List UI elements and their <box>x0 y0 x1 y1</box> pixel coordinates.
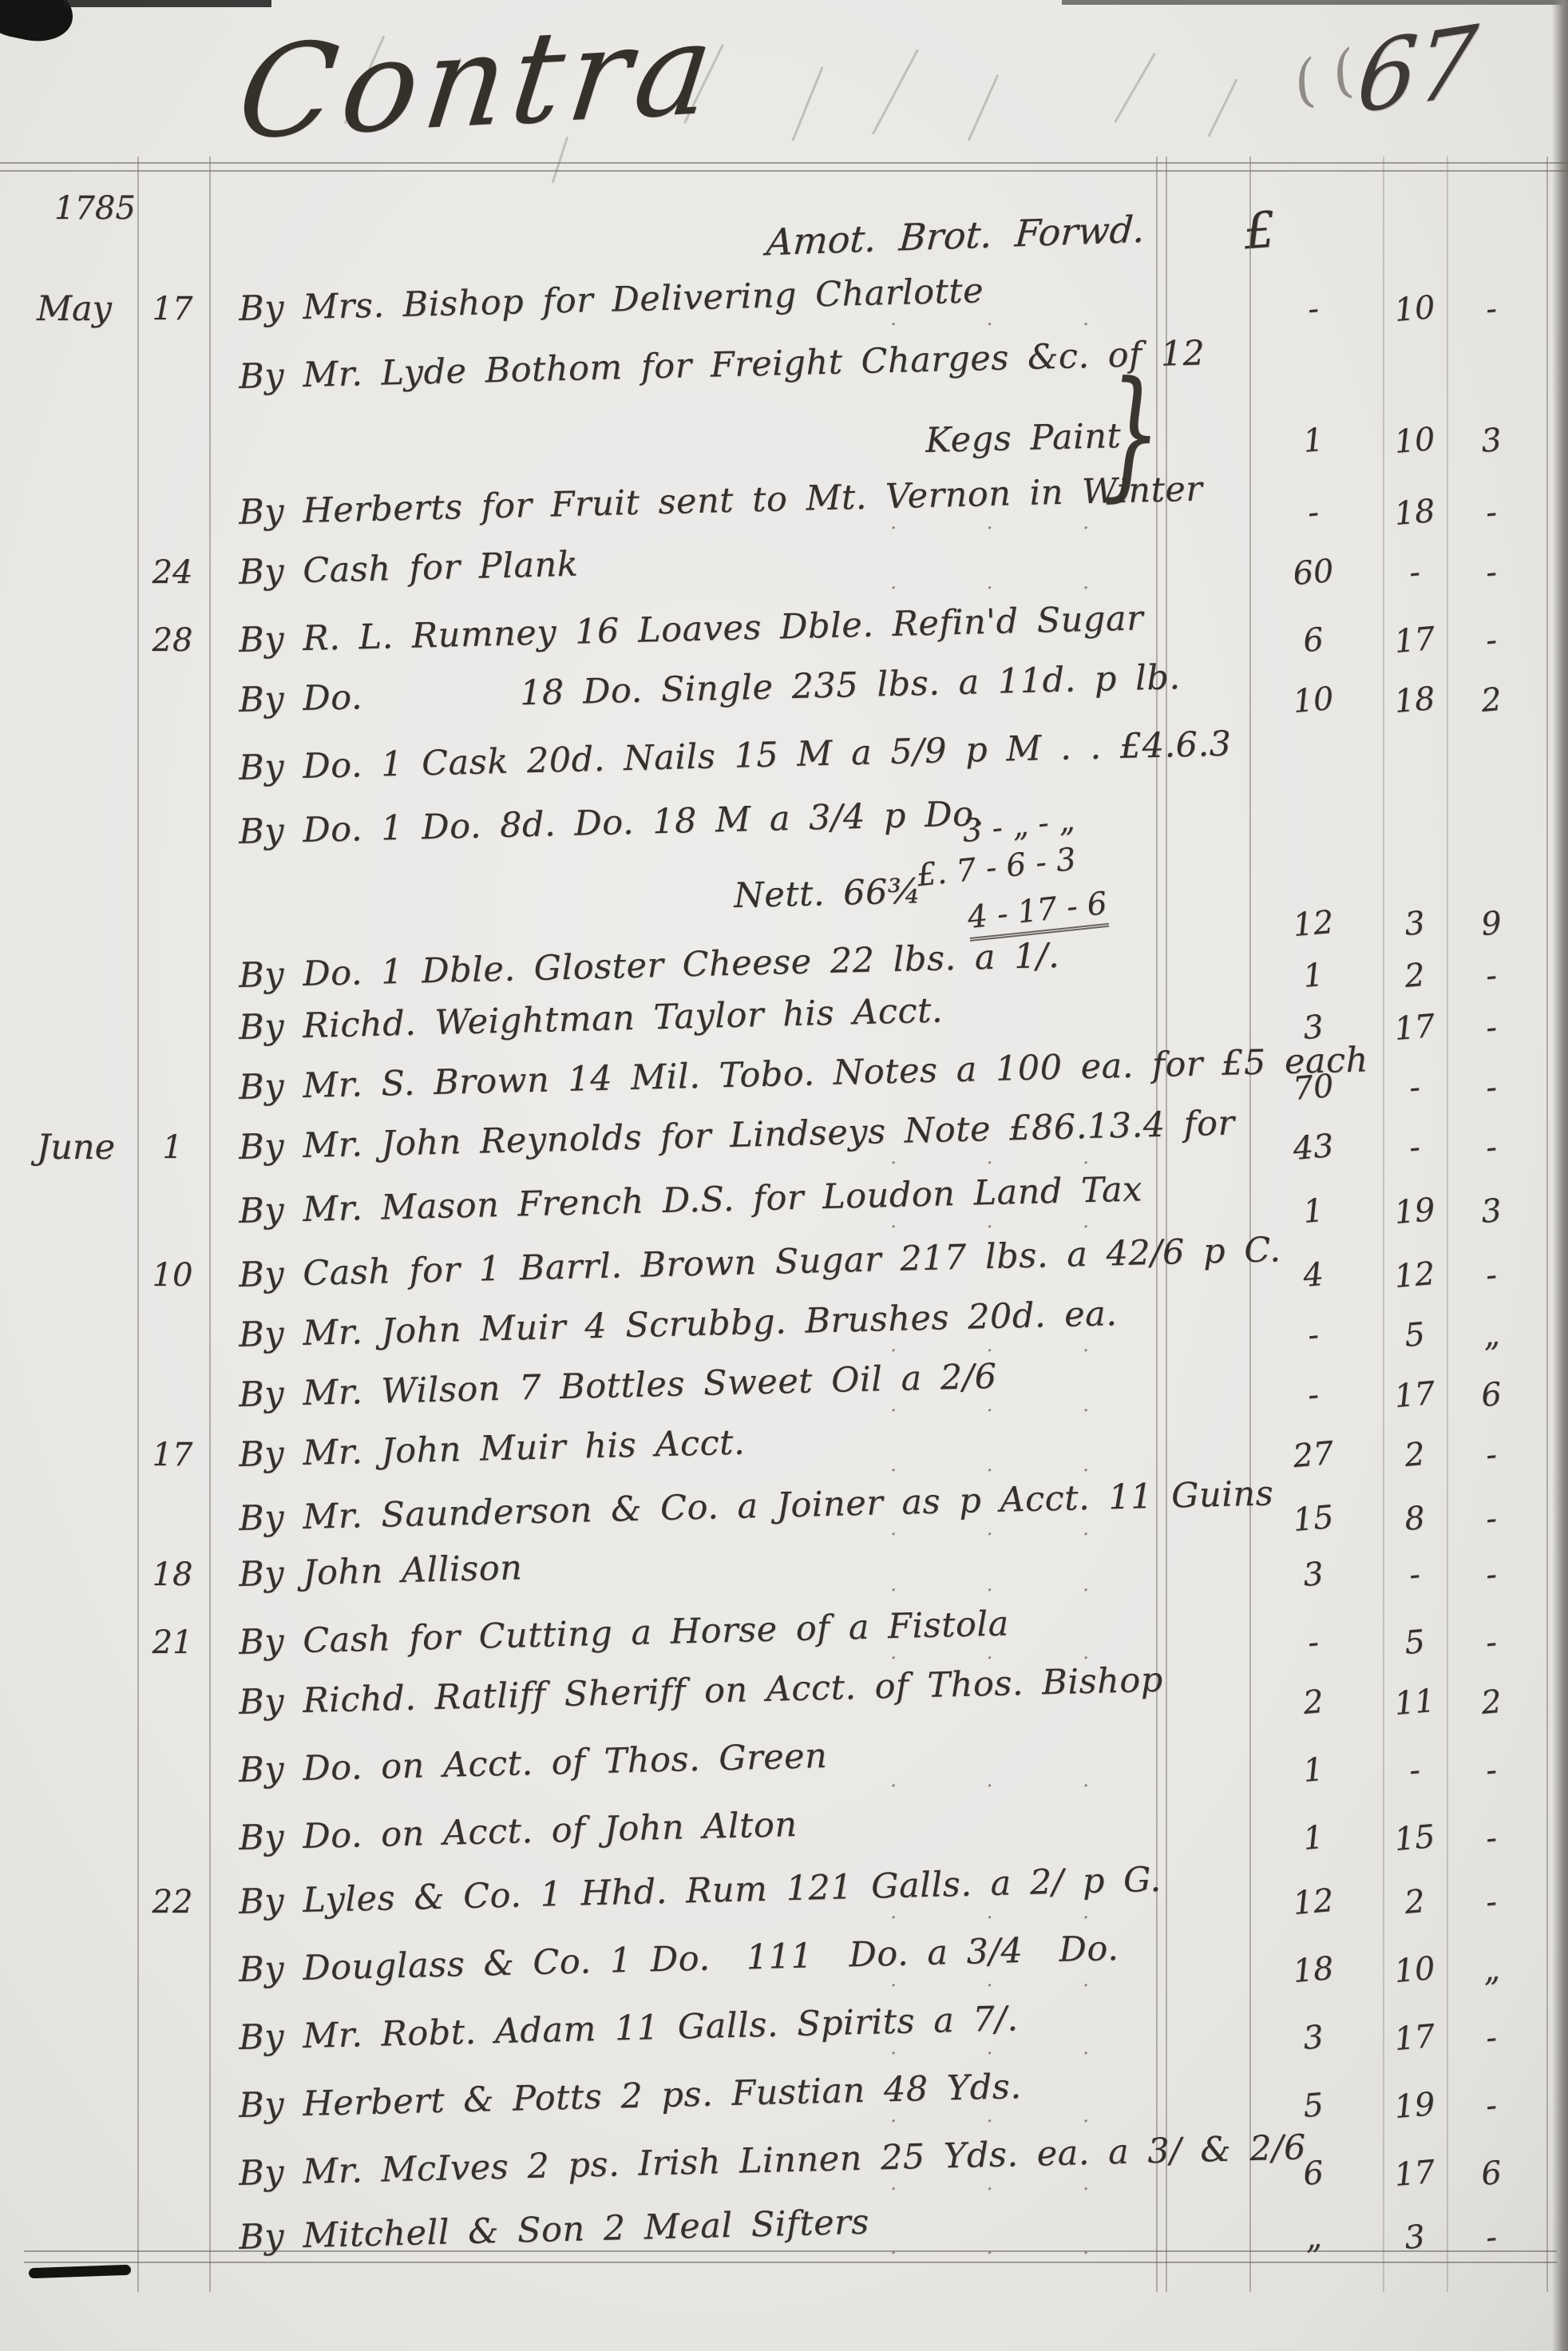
amount-shillings <box>1386 349 1443 354</box>
amount-shillings: 5 <box>1384 1307 1445 1363</box>
amount-pence: - <box>1447 612 1534 670</box>
amount-shillings: 12 <box>1384 1247 1445 1303</box>
amount-shillings: 17 <box>1384 1000 1445 1056</box>
amount-pounds: - <box>1253 279 1373 339</box>
amount-pounds: 1 <box>1253 410 1373 471</box>
brought-forward-label: Amot. Brot. Forwd. <box>765 208 1146 264</box>
amount-shillings <box>1386 740 1443 745</box>
ledger-row: 17 By Mr. John Muir his Acct. · · · 27 2… <box>0 1429 1568 1485</box>
amount-shillings: 17 <box>1384 2010 1445 2066</box>
amount-pence: 6 <box>1447 1366 1534 1425</box>
amount-pounds: - <box>1253 482 1373 543</box>
amount-pounds: 70 <box>1253 1057 1373 1118</box>
amount-shillings: - <box>1384 1742 1445 1798</box>
ledger-row: By Mr. Saunderson & Co. a Joiner as p Ac… <box>0 1493 1568 1549</box>
amount-pounds: 3 <box>1253 2008 1373 2068</box>
folio-number: 67 <box>1353 3 1482 135</box>
ledger-row: By Do. 18 Do. Single 235 lbs. a 11d. p l… <box>0 675 1568 731</box>
ledger-row: 22 By Lyles & Co. 1 Hhd. Rum 121 Galls. … <box>0 1877 1568 1933</box>
amount-pence: 2 <box>1447 1674 1534 1732</box>
entry-description: By Mr. John Muir his Acct. <box>238 1417 745 1481</box>
scan-edge-strip-right <box>1062 0 1568 5</box>
amount-pence: - <box>1447 1546 1534 1604</box>
amount-pence: 3 <box>1447 1183 1534 1241</box>
amount-pounds: 6 <box>1253 2143 1373 2204</box>
amount-shillings: 2 <box>1384 1874 1445 1930</box>
amount-shillings: 3 <box>1384 2210 1445 2266</box>
amount-pence: - <box>1447 484 1534 542</box>
ledger-page-scan: Contra ( ( 67 1785 Amot. Brot. Forwd. £ … <box>0 0 1568 2351</box>
entry-day: 21 <box>137 1617 208 1668</box>
entry-day: 17 <box>137 1429 208 1481</box>
pencil-hatch <box>791 66 823 141</box>
ledger-row: By Mr. McIves 2 ps. Irish Linnen 25 Yds.… <box>0 2148 1568 2204</box>
amount-shillings: 18 <box>1384 485 1445 541</box>
ink-blot-top-left <box>0 0 78 49</box>
amount-pounds: 18 <box>1253 1940 1373 2000</box>
entry-description: Kegs Paint <box>925 410 1122 466</box>
amount-shillings: 18 <box>1384 672 1445 728</box>
amount-pounds: 4 <box>1253 1245 1373 1306</box>
amount-pounds: 1 <box>1253 946 1373 1006</box>
pencil-hatch <box>1114 53 1156 123</box>
entry-day: 17 <box>137 283 208 335</box>
amount-shillings: 8 <box>1384 1491 1445 1547</box>
amount-shillings <box>1386 868 1443 873</box>
amount-pence: 2 <box>1447 672 1534 730</box>
entry-description: By Mrs. Bishop for Delivering Charlotte <box>238 265 984 335</box>
ledger-row: May 17 By Mrs. Bishop for Delivering Cha… <box>0 283 1568 339</box>
amount-shillings: - <box>1384 1060 1445 1116</box>
entry-description: By Do. on Acct. of John Alton <box>238 1799 798 1864</box>
year-label: 1785 <box>54 190 136 227</box>
amount-pence: - <box>1447 1119 1534 1177</box>
ledger-row: By Mitchell & Son 2 Meal Sifters · · · „… <box>0 2212 1568 2268</box>
amount-pence: - <box>1447 1614 1534 1672</box>
amount-shillings: 2 <box>1384 948 1445 1004</box>
entry-description: By Mitchell & Son 2 Meal Sifters <box>238 2197 869 2263</box>
ledger-row: By Do. 1 Cask 20d. Nails 15 M a 5/9 p M … <box>0 743 1568 799</box>
amount-pounds: „ <box>1253 2207 1373 2268</box>
amount-pounds: 1 <box>1253 1808 1373 1869</box>
amount-shillings: 17 <box>1384 613 1445 668</box>
pencil-hatch <box>872 49 919 134</box>
amount-pounds: 10 <box>1253 670 1373 731</box>
amount-shillings: 17 <box>1384 2146 1445 2202</box>
header-rule-bottom <box>0 170 1568 172</box>
leader-dots: · · · <box>890 1761 1154 1812</box>
entry-description: By Cash for Plank <box>238 539 579 598</box>
folio-flourish: ( ( <box>1286 38 1361 116</box>
amount-pounds: 6 <box>1253 610 1373 671</box>
leader-dots: · · · <box>890 2164 1154 2215</box>
ledger-row: By Do. on Acct. of John Alton 1 15 - <box>0 1813 1568 1869</box>
amount-pence <box>1450 347 1533 355</box>
amount-pounds: 43 <box>1253 1117 1373 1178</box>
amount-pounds: - <box>1253 1365 1373 1425</box>
amount-pence: - <box>1447 1742 1534 1800</box>
pencil-hatch <box>968 74 999 141</box>
amount-pounds <box>1255 738 1371 748</box>
entry-month: May <box>37 283 133 335</box>
amount-pence: - <box>1447 2077 1534 2135</box>
ledger-row: 24 By Cash for Plank · · · 60 - - <box>0 547 1568 603</box>
amount-pounds: 60 <box>1253 542 1373 603</box>
entry-day: 24 <box>137 547 208 598</box>
amount-pounds: 1 <box>1253 1740 1373 1801</box>
scan-edge-strip <box>64 0 271 7</box>
amount-shillings: 10 <box>1384 413 1445 469</box>
amount-shillings: - <box>1384 1547 1445 1603</box>
amount-pence: - <box>1447 2009 1534 2068</box>
pencil-hatch <box>1208 78 1238 137</box>
amount-pounds: 2 <box>1253 1672 1373 1733</box>
amount-pence: „ <box>1447 1306 1534 1365</box>
amount-pounds <box>1255 866 1371 876</box>
ledger-row: By Douglass & Co. 1 Do. 111 Do. a 3/4 Do… <box>0 1945 1568 2000</box>
amount-pence: - <box>1447 999 1534 1057</box>
entry-description: By John Allison <box>238 1542 523 1600</box>
ledger-row: By Richd. Ratliff Sheriff on Acct. of Th… <box>0 1677 1568 1733</box>
amount-pence <box>1450 739 1533 746</box>
amount-pence: 3 <box>1447 412 1534 470</box>
amount-shillings: - <box>1384 545 1445 601</box>
amount-shillings: 5 <box>1384 1615 1445 1671</box>
amount-pence: - <box>1447 280 1534 339</box>
pound-column-header: £ <box>1242 200 1277 261</box>
entry-day: 22 <box>137 1877 208 1928</box>
ledger-row: By Do. 1 Do. 8d. Do. 18 M a 3/4 p Do. <box>0 807 1568 862</box>
entry-day: 1 <box>137 1122 208 1173</box>
ledger-row: By Herberts for Fruit sent to Mt. Vernon… <box>0 487 1568 543</box>
amount-shillings: 17 <box>1384 1367 1445 1423</box>
amount-pence: - <box>1447 1059 1534 1117</box>
amount-pence: - <box>1447 1490 1534 1548</box>
amount-shillings: 10 <box>1384 281 1445 337</box>
amount-pounds <box>1255 347 1371 357</box>
amount-shillings: 15 <box>1384 1810 1445 1866</box>
amount-pounds: 3 <box>1253 1544 1373 1605</box>
ledger-row: Kegs Paint 1 10 3 <box>0 415 1568 471</box>
amount-pounds <box>1255 802 1371 812</box>
amount-shillings: 11 <box>1384 1675 1445 1731</box>
entry-description: By R. L. Rumney 16 Loaves Dble. Refin'd … <box>238 593 1143 666</box>
ledger-row: 18 By John Allison · · · 3 - - <box>0 1549 1568 1605</box>
amount-pence: - <box>1447 2209 1534 2267</box>
amount-pence: „ <box>1447 1941 1534 2000</box>
entry-day: 28 <box>137 615 208 666</box>
entry-description: By Do. 1 Do. 8d. Do. 18 M a 3/4 p Do. <box>238 788 984 858</box>
ledger-row: By Mr. Lyde Bothom for Freight Charges &… <box>0 351 1568 407</box>
amount-pounds: 15 <box>1253 1489 1373 1549</box>
amount-pence: - <box>1447 544 1534 602</box>
ledger-row: June 1 By Mr. John Reynolds for Lindseys… <box>0 1122 1568 1178</box>
amount-shillings: 19 <box>1384 1183 1445 1239</box>
amount-shillings: 10 <box>1384 1942 1445 1998</box>
ledger-row: By Mr. Robt. Adam 11 Galls. Spirits a 7/… <box>0 2012 1568 2068</box>
entry-month: June <box>37 1122 133 1173</box>
entry-day: 10 <box>137 1250 208 1301</box>
entry-day: 18 <box>137 1549 208 1600</box>
amount-pence: - <box>1447 1426 1534 1485</box>
amount-pounds: - <box>1253 1305 1373 1366</box>
amount-pence: - <box>1447 1810 1534 1868</box>
amount-pence: 6 <box>1447 2145 1534 2203</box>
amount-pence: - <box>1447 1873 1534 1932</box>
amount-pounds: 12 <box>1253 1872 1373 1933</box>
amount-shillings: 19 <box>1384 2078 1445 2134</box>
ledger-row: By Mr. Mason French D.S. for Loudon Land… <box>0 1186 1568 1242</box>
page-title: Contra <box>231 0 727 168</box>
amount-shillings <box>1386 804 1443 809</box>
leader-dots: · · · <box>890 2228 1154 2279</box>
amount-shillings: 3 <box>1384 896 1445 952</box>
amount-pence <box>1450 803 1533 810</box>
ledger-row: By Mr. Wilson 7 Bottles Sweet Oil a 2/6 … <box>0 1370 1568 1425</box>
header-rule-top <box>0 162 1568 164</box>
amount-shillings: 2 <box>1384 1427 1445 1483</box>
entry-description: By Do. on Acct. of Thos. Green <box>238 1731 828 1796</box>
amount-pence: - <box>1447 1247 1534 1305</box>
amount-pence: 9 <box>1447 895 1534 953</box>
ledger-row: By Herbert & Potts 2 ps. Fustian 48 Yds.… <box>0 2080 1568 2136</box>
amount-pounds: 12 <box>1253 894 1373 954</box>
amount-shillings: - <box>1384 1120 1445 1175</box>
amount-pounds: - <box>1253 1612 1373 1673</box>
ledger-row: By Do. on Acct. of Thos. Green · · · 1 -… <box>0 1745 1568 1801</box>
amount-pence <box>1450 866 1533 874</box>
amount-pence: - <box>1447 947 1534 1005</box>
